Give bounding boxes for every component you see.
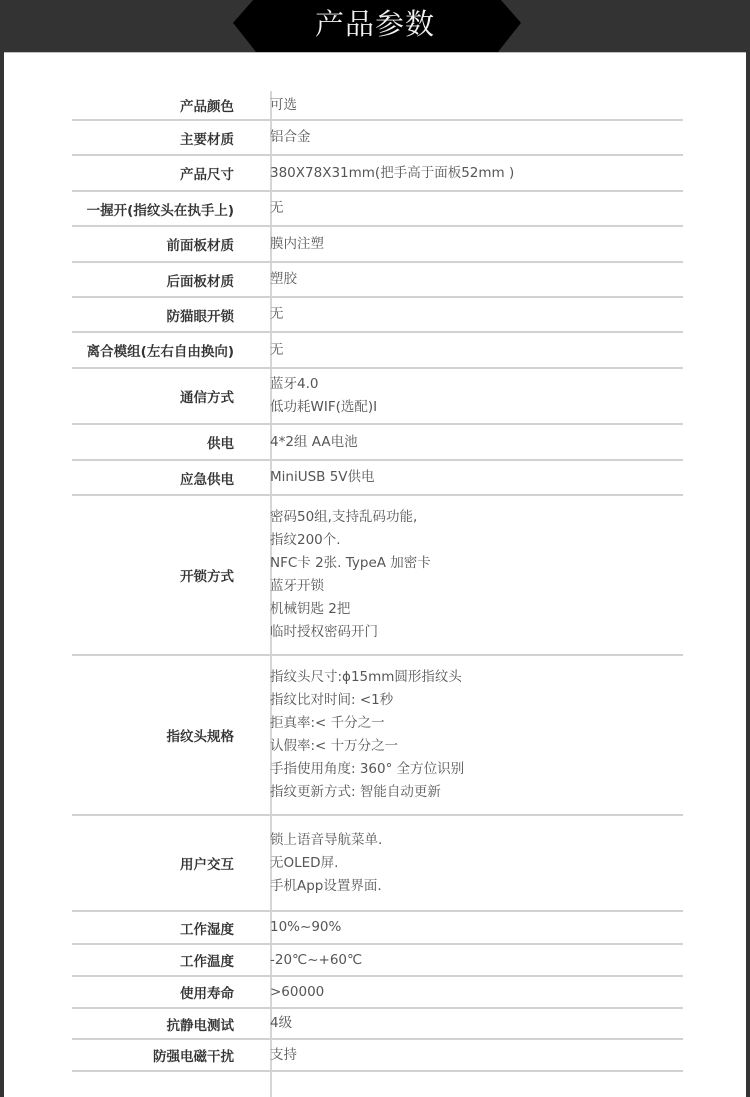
spec-value: -20℃~+60℃ [252,949,362,972]
spec-label: 前面板材质 [72,234,252,254]
spec-row: 应急供电MiniUSB 5V供电 [72,461,683,496]
spec-value-line: 密码50组,支持乱码功能, [270,506,431,529]
spec-row: 主要材质铝合金 [72,121,683,156]
spec-value-line: 塑胶 [270,268,297,291]
spec-value-line: 指纹200个. [270,529,431,552]
spec-row: 防强电磁干扰支持 [72,1040,683,1072]
spec-value-line: 指纹头尺寸:ϕ15mm圆形指纹头 [270,666,464,689]
spec-value-line: 锁上语音导航菜单. [270,829,382,852]
spec-value-line: 380X78X31mm(把手高于面板52mm ) [270,162,514,185]
spec-value-line: MiniUSB 5V供电 [270,466,375,489]
spec-value: 铝合金 [252,126,311,149]
spec-value-line: 临时授权密码开门 [270,621,431,644]
spec-value-line: 蓝牙开锁 [270,575,431,598]
spec-row: 供电4*2组 AA电池 [72,425,683,461]
spec-value: 密码50组,支持乱码功能,指纹200个.NFC卡 2张. TypeA 加密卡蓝牙… [252,506,431,644]
spec-value-line: 指纹比对时间: <1秒 [270,689,464,712]
spec-value: 无 [252,197,284,220]
spec-row: 使用寿命 >60000 [72,977,683,1009]
spec-label: 指纹头规格 [72,725,252,745]
spec-value-line: 10%~90% [270,916,341,939]
spec-label: 产品尺寸 [72,163,252,183]
spec-value-line: 拒真率:< 千分之一 [270,712,464,735]
spec-panel: 产品颜色可选主要材质铝合金产品尺寸380X78X31mm(把手高于面板52mm … [4,52,746,1097]
spec-value-line: 认假率:< 十万分之一 [270,735,464,758]
spec-label: 一握开(指纹头在执手上) [72,199,252,219]
spec-label: 使用寿命 [72,982,252,1002]
spec-value: 无 [252,303,284,326]
spec-value-line: 膜内注塑 [270,233,324,256]
spec-row: 离合模组(左右自由换向)无 [72,333,683,369]
spec-value-line: 指纹更新方式: 智能自动更新 [270,781,464,804]
spec-value: 指纹头尺寸:ϕ15mm圆形指纹头指纹比对时间: <1秒拒真率:< 千分之一认假率… [252,666,464,804]
spec-value: 380X78X31mm(把手高于面板52mm ) [252,162,514,185]
spec-value: 支持 [252,1044,297,1067]
spec-label: 抗静电测试 [72,1014,252,1034]
spec-row: 抗静电测试4级 [72,1009,683,1040]
spec-row: 开锁方式密码50组,支持乱码功能,指纹200个.NFC卡 2张. TypeA 加… [72,496,683,656]
spec-row: 产品尺寸380X78X31mm(把手高于面板52mm ) [72,156,683,192]
spec-value: 锁上语音导航菜单.无OLED屏.手机App设置界面. [252,829,382,898]
spec-label: 离合模组(左右自由换向) [72,340,252,360]
spec-value: 4级 [252,1012,292,1035]
spec-value-line: 无 [270,303,284,326]
spec-value-line: NFC卡 2张. TypeA 加密卡 [270,552,431,575]
spec-label: 防猫眼开锁 [72,305,252,325]
spec-value-line: 4级 [270,1012,292,1035]
spec-label: 用户交互 [72,853,252,873]
spec-label: 防强电磁干扰 [72,1045,252,1065]
spec-value: 无 [252,339,284,362]
spec-label: 产品颜色 [72,95,252,115]
spec-value-line: 手机App设置界面. [270,875,382,898]
spec-label: 应急供电 [72,468,252,488]
spec-row: 产品颜色可选 [72,91,683,121]
spec-value-line: 低功耗WIF(选配)I [270,396,377,419]
spec-table: 产品颜色可选主要材质铝合金产品尺寸380X78X31mm(把手高于面板52mm … [72,91,683,1072]
spec-label: 供电 [72,432,252,452]
spec-value: MiniUSB 5V供电 [252,466,375,489]
spec-value-line: 机械钥匙 2把 [270,598,431,621]
spec-value-line: 支持 [270,1044,297,1067]
spec-value: >60000 [252,981,324,1004]
spec-label: 后面板材质 [72,270,252,290]
spec-value: 膜内注塑 [252,233,324,256]
spec-value-line: 无OLED屏. [270,852,382,875]
spec-value: 可选 [252,94,297,117]
header-band: 产品参数 [0,0,750,52]
spec-label: 工作温度 [72,950,252,970]
page-title: 产品参数 [0,0,750,50]
spec-value-line: 可选 [270,94,297,117]
spec-row: 防猫眼开锁无 [72,298,683,333]
spec-row: 后面板材质塑胶 [72,263,683,298]
spec-row: 通信方式蓝牙4.0低功耗WIF(选配)I [72,369,683,425]
spec-value: 10%~90% [252,916,341,939]
spec-value-line: 手指使用角度: 360° 全方位识别 [270,758,464,781]
spec-value-line: >60000 [270,981,324,1004]
spec-label: 主要材质 [72,128,252,148]
spec-value-line: 铝合金 [270,126,311,149]
spec-row: 指纹头规格指纹头尺寸:ϕ15mm圆形指纹头指纹比对时间: <1秒拒真率:< 千分… [72,656,683,816]
spec-label: 开锁方式 [72,565,252,585]
spec-value-line: 4*2组 AA电池 [270,431,358,454]
spec-label: 工作湿度 [72,918,252,938]
spec-value-line: 无 [270,197,284,220]
spec-value-line: -20℃~+60℃ [270,949,362,972]
spec-row: 工作湿度10%~90% [72,912,683,945]
spec-row: 用户交互锁上语音导航菜单.无OLED屏.手机App设置界面. [72,816,683,912]
spec-value: 蓝牙4.0低功耗WIF(选配)I [252,373,377,419]
spec-value-line: 无 [270,339,284,362]
spec-row: 一握开(指纹头在执手上)无 [72,192,683,227]
spec-value: 4*2组 AA电池 [252,431,358,454]
spec-value: 塑胶 [252,268,297,291]
spec-row: 前面板材质膜内注塑 [72,227,683,263]
spec-label: 通信方式 [72,386,252,406]
spec-value-line: 蓝牙4.0 [270,373,377,396]
spec-row: 工作温度-20℃~+60℃ [72,945,683,977]
